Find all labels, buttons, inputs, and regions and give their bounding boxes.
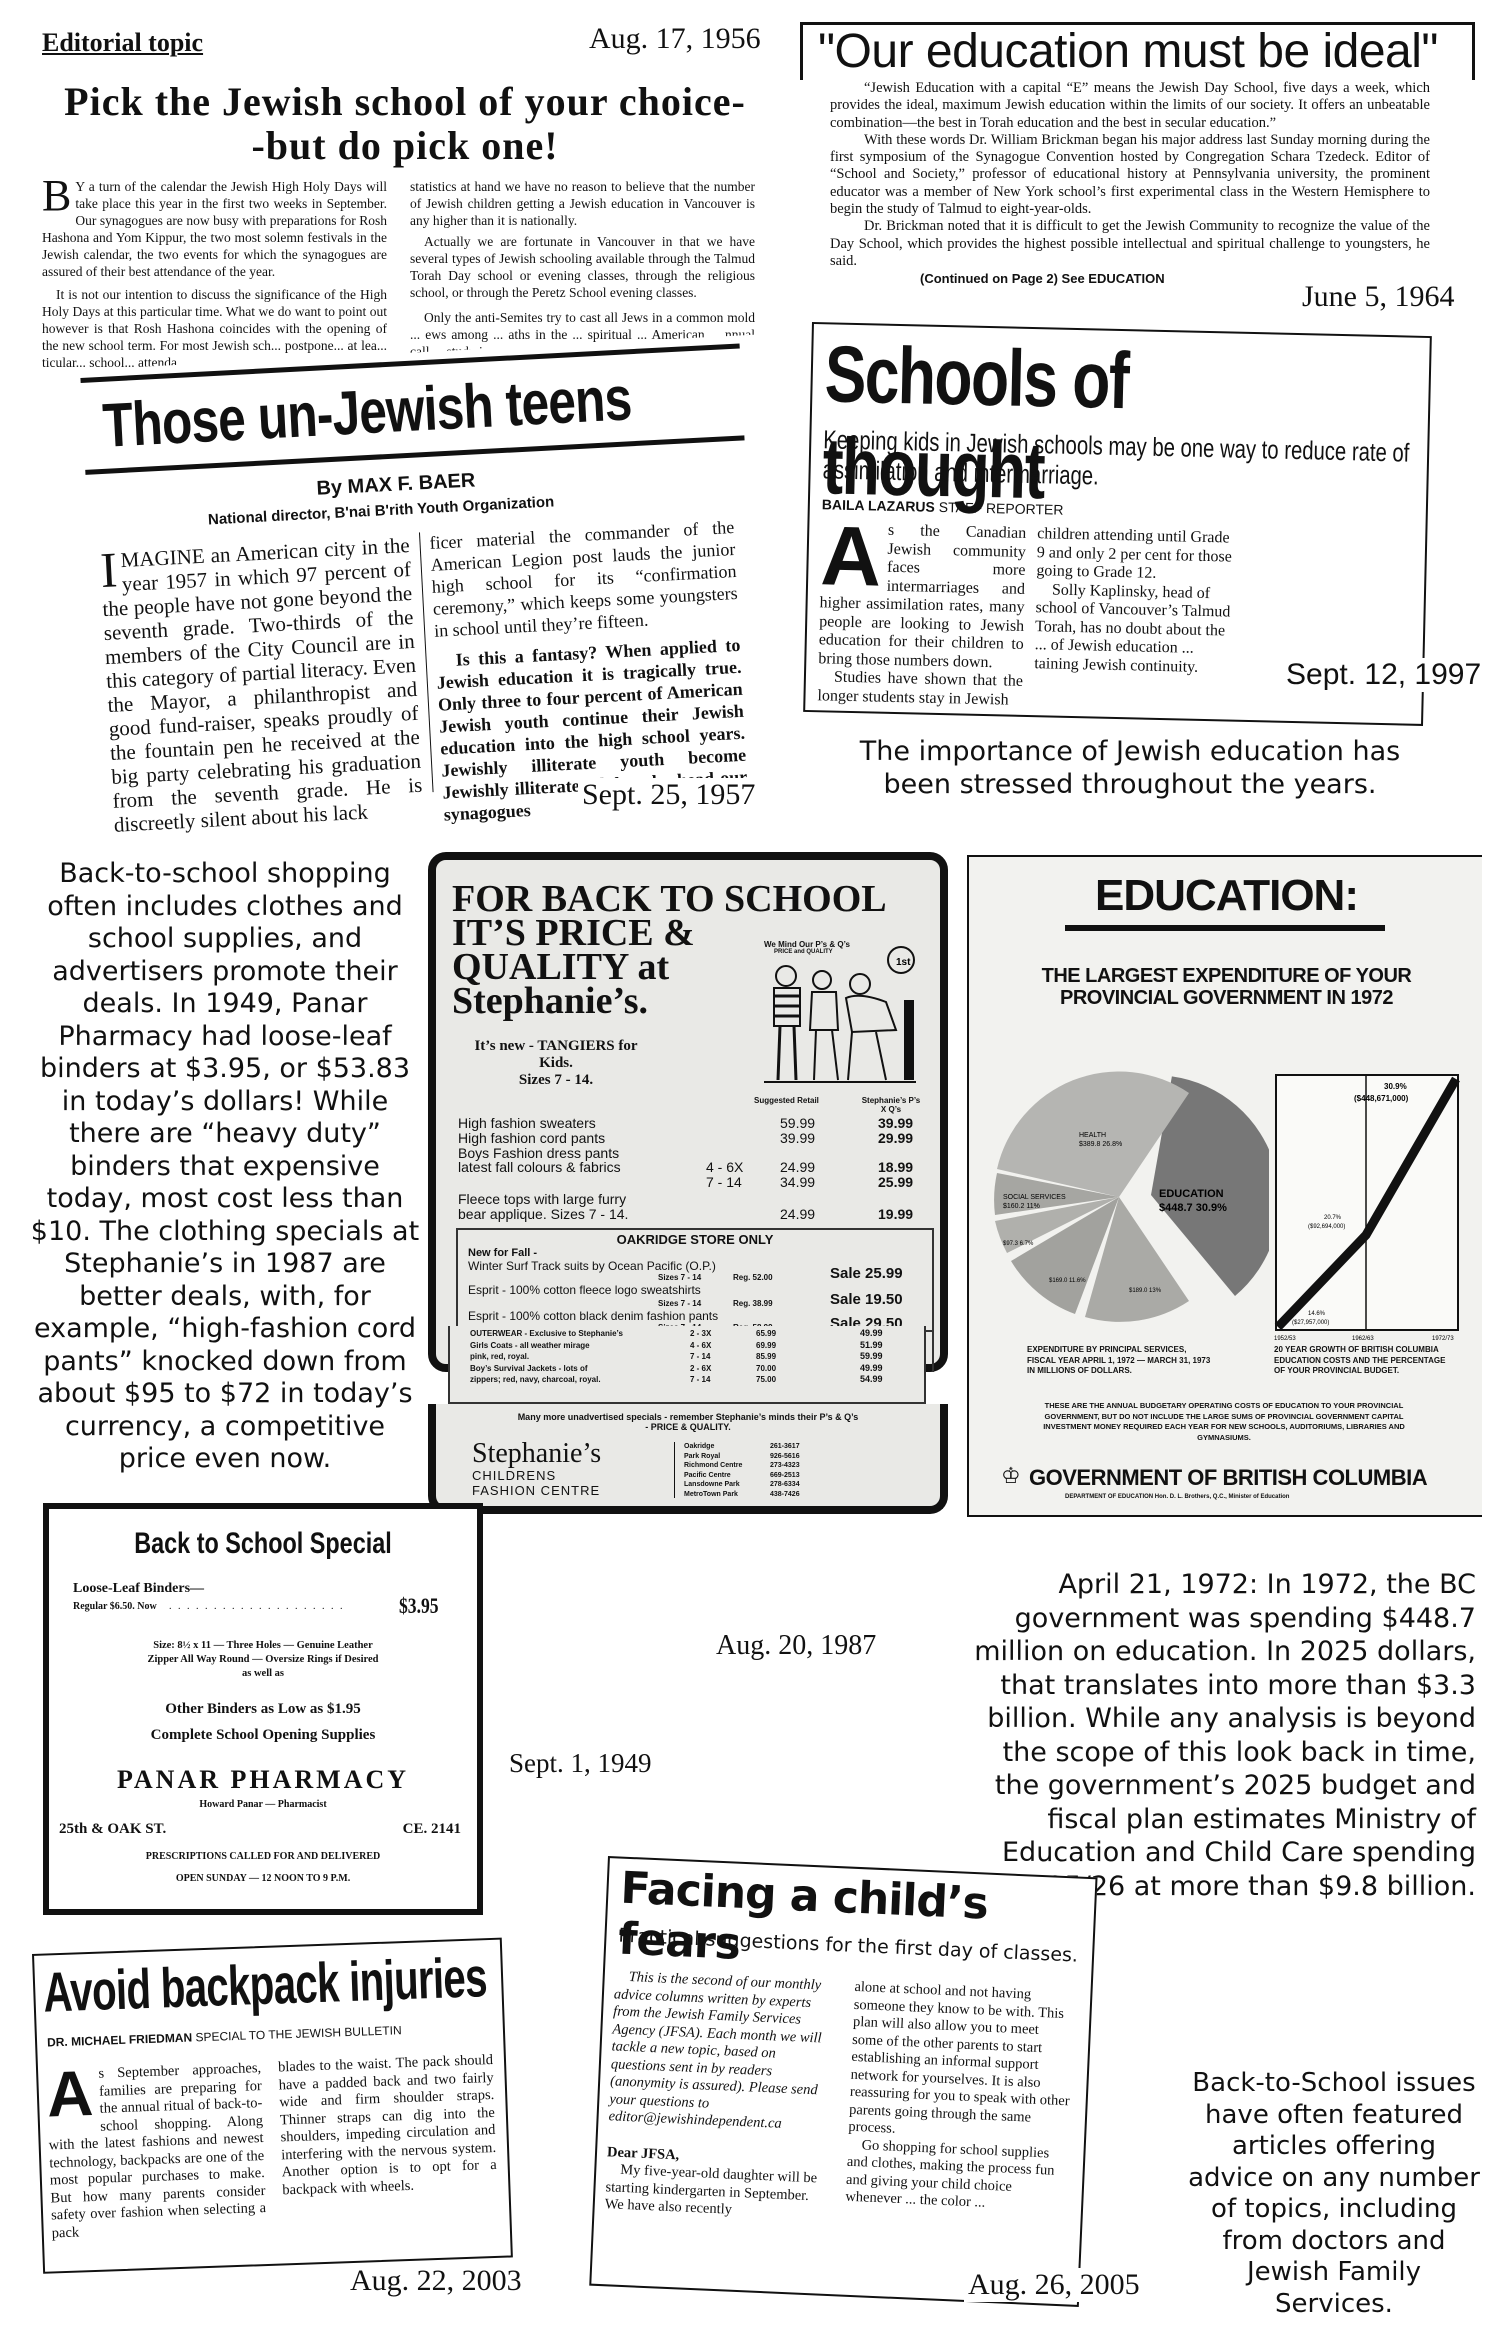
article-column-1: As September approaches, families are pr… (46, 2060, 267, 2242)
budget-note: THESE ARE THE ANNUAL BUDGETARY OPERATING… (1029, 1401, 1419, 1443)
caption-shopping: Back-to-school shopping often includes c… (30, 858, 420, 1476)
footer-line: - PRICE & QUALITY. (436, 1422, 940, 1432)
title-underline (1065, 925, 1385, 931)
byline: By MAX F. BAER (316, 469, 476, 500)
outerwear-retail: 65.9969.9985.9970.0075.00 (756, 1328, 776, 1386)
ribbon-label: 1st (896, 957, 911, 968)
supplies: Complete School Opening Supplies (49, 1727, 477, 1744)
government-name: GOVERNMENT OF BRITISH COLUMBIA (1029, 1465, 1427, 1491)
item-sale: Sale 25.99 (830, 1265, 903, 1282)
sale-price: $3.95 (399, 1593, 439, 1619)
article-column-2: alone at school and not having someone t… (845, 1979, 1075, 2216)
art-caption: We Mind Our P’s & Q’s (764, 940, 850, 949)
pie-label-social: SOCIAL SERVICES (1003, 1194, 1066, 1201)
svg-text:($27,957,000): ($27,957,000) (1292, 1320, 1329, 1326)
item-name: Winter Surf Track suits by Ocean Pacific… (468, 1259, 716, 1273)
item-name: Esprit - 100% cotton black denim fashion… (468, 1309, 718, 1323)
store-list: OakridgePark RoyalRichmond CentrePacific… (684, 1442, 742, 1499)
svg-text:1962/63: 1962/63 (1352, 1336, 1374, 1342)
leader-dots: . . . . . . . . . . . . . . . . . . . . (169, 1601, 345, 1612)
pie-value-health: $389.8 26.8% (1079, 1141, 1122, 1148)
headline: Avoid backpack injuries (42, 1944, 488, 2024)
pie-value-general: $169.0 11.6% (1049, 1278, 1086, 1284)
paragraph: statistics at hand we have no reason to … (410, 178, 755, 229)
address: 25th & OAK ST. (59, 1821, 166, 1838)
oakridge-items: Winter Surf Track suits by Ocean Pacific… (458, 1259, 932, 1331)
intro: This is the second of our monthly advice… (608, 1968, 835, 2135)
phone: CE. 2141 (403, 1821, 461, 1838)
article-column-2: children attending until Grade 9 and onl… (1034, 525, 1237, 677)
clipping-teens-1957: Those un-Jewish teens By MAX F. BAER Nat… (80, 333, 808, 819)
paragraph: MAGINE an American city in the year 1957… (102, 533, 423, 837)
svg-text:($92,694,000): ($92,694,000) (1308, 1224, 1345, 1230)
byline-role: SPECIAL TO THE JEWISH BULLETIN (195, 2023, 402, 2044)
date-label: Aug. 20, 1987 (712, 1630, 880, 1662)
line-caption: 20 YEAR GROWTH OF BRITISH COLUMBIA EDUCA… (1274, 1345, 1454, 1377)
details: Size: 8½ x 11 — Three Holes — Genuine Le… (49, 1639, 477, 1681)
byline-role: National director, B'nai B'rith Youth Or… (208, 493, 555, 528)
subheadline-line: Sizes 7 - 14. (456, 1072, 656, 1089)
drop-cap: I (99, 548, 118, 591)
drop-cap: A (46, 2066, 94, 2122)
svg-text:14.6%: 14.6% (1308, 1311, 1326, 1317)
outerwear-table: OUTERWEAR - Exclusive to Stephanie’s Gir… (448, 1326, 926, 1404)
article-column-1: IMAGINE an American city in the year 195… (99, 533, 424, 837)
item-name: Loose-Leaf Binders— (73, 1581, 204, 1597)
store-name: PANAR PHARMACY (49, 1765, 477, 1795)
logo-line: CHILDRENS (472, 1468, 601, 1483)
clipping-fears-2005: Facing a child’s fears Practical suggest… (589, 1856, 1097, 2307)
paragraph: ficer material the commander of the Amer… (429, 516, 739, 642)
byline: DR. MICHAEL FRIEDMAN SPECIAL TO THE JEWI… (47, 2023, 402, 2049)
advertisement-bc-education-1972: EDUCATION: THE LARGEST EXPENDITURE OF YO… (967, 855, 1482, 1517)
item-sale: Sale 19.50 (830, 1291, 903, 1308)
drop-cap: B (42, 178, 71, 214)
svg-text:1972/73: 1972/73 (1432, 1336, 1454, 1342)
paragraph: children attending until Grade 9 and onl… (1036, 525, 1237, 585)
oakridge-label: New for Fall - (468, 1247, 932, 1259)
bc-crest-icon: ♔ (1001, 1463, 1021, 1489)
children-drawing-icon: 1st (756, 940, 926, 1090)
line-chart: 30.9% ($448,671,000) 20.7% ($92,694,000)… (1274, 1073, 1464, 1343)
advertisement-stephanies-1987: FOR BACK TO SCHOOL IT’S PRICE & QUALITY … (428, 852, 948, 1372)
outerwear-descriptions: OUTERWEAR - Exclusive to Stephanie’s Gir… (470, 1328, 623, 1386)
headline: "Our education must be ideal" (818, 24, 1438, 79)
outerwear-price: 49.9951.9959.9949.9954.99 (860, 1328, 883, 1386)
paragraph: Go shopping for school supplies and clot… (845, 2136, 1068, 2216)
svg-text:30.9%: 30.9% (1384, 1082, 1407, 1091)
subheadline-line: It’s new - TANGIERS for Kids. (456, 1038, 656, 1072)
article-column-2: blades to the waist. The pack should hav… (278, 2052, 498, 2199)
pie-caption: EXPENDITURE BY PRINCIPAL SERVICES, FISCA… (1027, 1345, 1217, 1377)
pie-label-education: EDUCATION (1159, 1188, 1224, 1200)
column-header-stephanies: Stephanie’s P’s X Q’s (861, 1096, 921, 1114)
article-body: “Jewish Education with a capital “E” mea… (830, 80, 1430, 288)
clipping-backpack-2003: Avoid backpack injuries DR. MICHAEL FRIE… (32, 1938, 513, 2274)
ad-subtitle: THE LARGEST EXPENDITURE OF YOUR PROVINCI… (969, 965, 1484, 1009)
headline: Facing a child’s fears (617, 1863, 1095, 1986)
caption-importance: The importance of Jewish education has b… (830, 735, 1430, 801)
advertisement-panar-1949: Back to School Special Loose-Leaf Binder… (43, 1503, 483, 1915)
date-label: June 5, 1964 (1298, 280, 1459, 314)
column-header-suggested: Suggested Retail (754, 1096, 819, 1105)
paragraph: Actually we are fortunate in Vancouver i… (410, 233, 755, 301)
pie-label-health: HEALTH (1079, 1132, 1106, 1139)
date-label: Sept. 12, 1997 (1282, 658, 1485, 692)
article-column-2: statistics at hand we have no reason to … (410, 178, 755, 360)
art-caption: PRICE and QUALITY (774, 949, 833, 955)
logo-name: Stephanie’s (472, 1440, 601, 1468)
article-column-1: BY a turn of the calendar the Jewish Hig… (42, 178, 387, 371)
item-sizes: Sizes 7 - 14 (658, 1299, 701, 1308)
footer-line: Many more unadvertised specials - rememb… (436, 1412, 940, 1422)
ad-subheadline: It’s new - TANGIERS for Kids. Sizes 7 - … (456, 1038, 656, 1089)
ad-footer: Many more unadvertised specials - rememb… (428, 1404, 948, 1514)
pharmacist: Howard Panar — Pharmacist (49, 1799, 477, 1810)
date-label: Aug. 22, 2003 (346, 2264, 526, 2298)
paragraph: Solly Kaplinsky, head of school of Vanco… (1034, 581, 1236, 678)
hours: OPEN SUNDAY — 12 NOON TO 9 P.M. (49, 1873, 477, 1884)
oakridge-title: OAKRIDGE STORE ONLY (458, 1232, 932, 1247)
date-label: Aug. 17, 1956 (585, 22, 765, 56)
ad-title: Back to School Special (96, 1527, 430, 1561)
paragraph: Y a turn of the calendar the Jewish High… (42, 179, 387, 279)
item-name: Esprit - 100% cotton fleece logo sweatsh… (468, 1283, 701, 1297)
article-column-1: As the Canadian Jewish community faces m… (817, 520, 1026, 710)
date-label: Sept. 1, 1949 (505, 1748, 656, 1779)
kicker: Editorial topic (42, 28, 203, 58)
date-label: Sept. 25, 1957 (578, 778, 759, 812)
byline-role: STAFF REPORTER (939, 499, 1064, 518)
svg-text:($448,671,000): ($448,671,000) (1354, 1094, 1409, 1103)
prescriptions: PRESCRIPTIONS CALLED FOR AND DELIVERED (49, 1851, 477, 1862)
paragraph: With these words Dr. William Brickman be… (830, 132, 1430, 218)
caption-advice: Back-to-School issues have often feature… (1186, 2068, 1482, 2320)
department-line: DEPARTMENT OF EDUCATION Hon. D. L. Broth… (1065, 1494, 1289, 1500)
logo-line: FASHION CENTRE (472, 1483, 601, 1498)
paragraph: “Jewish Education with a capital “E” mea… (830, 80, 1430, 132)
clipping-editorial-1956: Editorial topic Pick the Jewish school o… (30, 18, 785, 378)
kids-illustration: We Mind Our P’s & Q’s PRICE and QUALITY … (756, 940, 926, 1090)
item-reg: Reg. 52.00 (733, 1273, 773, 1282)
clipping-ideal-1964: "Our education must be ideal" “Jewish Ed… (800, 22, 1490, 312)
other-binders: Other Binders as Low as $1.95 (49, 1701, 477, 1718)
pie-value-natural: $97.3 6.7% (1003, 1241, 1034, 1247)
paragraph: alone at school and not having someone t… (848, 1979, 1075, 2146)
stephanies-logo: Stephanie’s CHILDRENS FASHION CENTRE (472, 1440, 601, 1498)
oakridge-box: OAKRIDGE STORE ONLY New for Fall - Winte… (456, 1228, 934, 1332)
svg-text:1952/53: 1952/53 (1274, 1336, 1296, 1342)
item-sizes: Sizes 7 - 14 (658, 1273, 701, 1282)
regular-price: Regular $6.50. Now (73, 1601, 157, 1612)
letter: My five-year-old daughter will be starti… (604, 2161, 826, 2223)
pie-value-social: $160.2 11% (1003, 1203, 1040, 1210)
caption-bc-budget: April 21, 1972: In 1972, the BC governme… (960, 1568, 1476, 1903)
pie-chart: HEALTH $389.8 26.8% SOCIAL SERVICES $160… (979, 1067, 1269, 1327)
paragraph: blades to the waist. The pack should hav… (278, 2052, 498, 2199)
paragraph: Dr. Brickman noted that it is difficult … (830, 218, 1430, 270)
item-reg: Reg. 38.99 (733, 1299, 773, 1308)
drop-cap: A (820, 520, 882, 591)
date-label: Aug. 26, 2005 (964, 2268, 1144, 2302)
ad-title: EDUCATION: (969, 871, 1484, 921)
pie-value-highways: $189.0 13% (1129, 1288, 1162, 1294)
divider (674, 1442, 675, 1498)
headline-line: FOR BACK TO SCHOOL (452, 882, 887, 916)
svg-text:20.7%: 20.7% (1324, 1215, 1342, 1221)
outerwear-sizes: 2 - 3X4 - 6X7 - 142 - 6X7 - 14 (690, 1328, 711, 1386)
article-column-1: This is the second of our monthly advice… (604, 1968, 834, 2223)
paragraph: Studies have shown that the longer stude… (817, 668, 1023, 710)
byline-name: DR. MICHAEL FRIEDMAN (47, 2030, 193, 2049)
store-phones: 261-3617926-5616273-4323669-2513278-6334… (770, 1442, 800, 1499)
headline: Pick the Jewish school of your choice--b… (60, 80, 750, 168)
pie-value-education: $448.7 30.9% (1159, 1202, 1227, 1214)
